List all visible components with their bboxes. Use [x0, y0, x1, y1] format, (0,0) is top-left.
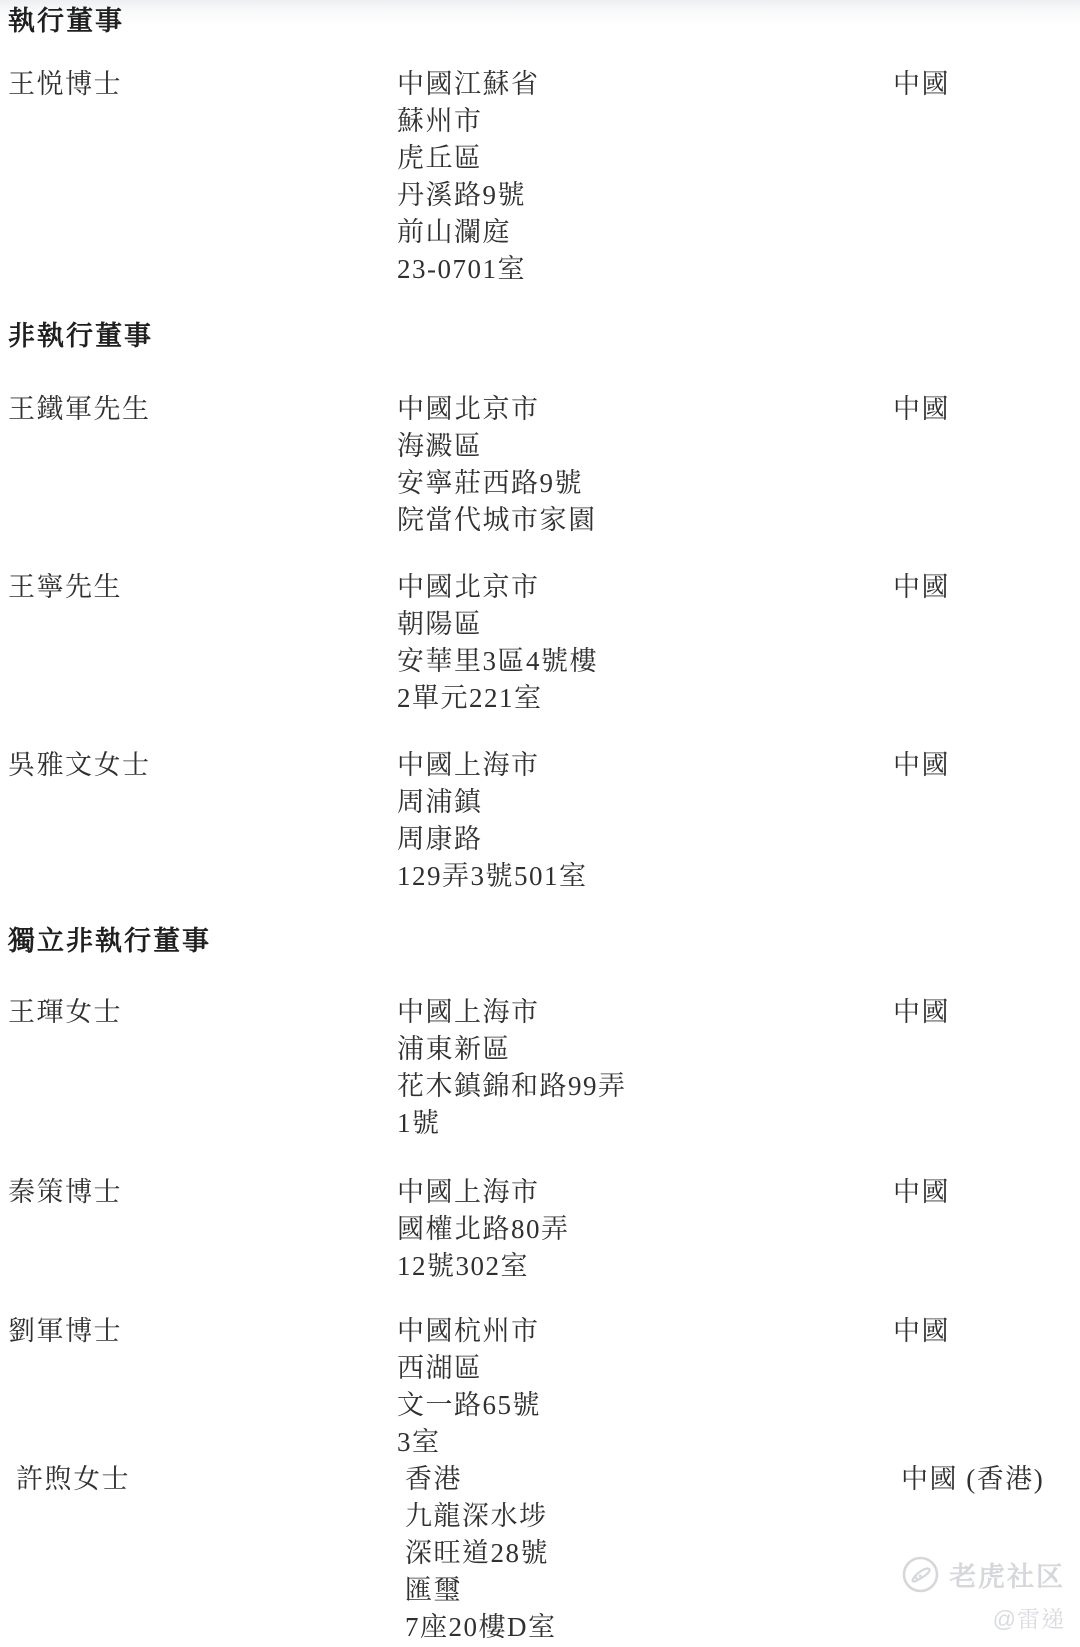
- address-line: 中國上海市: [397, 994, 893, 1031]
- director-row: 秦策博士 中國上海市國權北路80弄12號302室 中國: [8, 1174, 1080, 1285]
- address-line: 安華里3區4號樓: [397, 643, 893, 680]
- address-line: 中國江蘇省: [397, 66, 893, 103]
- address-line: 中國杭州市: [397, 1313, 893, 1350]
- address-line: 深旺道28號: [405, 1535, 901, 1572]
- address-line: 前山瀾庭: [397, 214, 893, 251]
- address-line: 香港: [405, 1461, 901, 1498]
- address-line: 文一路65號: [397, 1387, 893, 1424]
- address-line: 安寧莊西路9號: [397, 465, 893, 502]
- section-rows: 王鐵軍先生 中國北京市海澱區安寧莊西路9號院當代城市家園 中國 王寧先生 中國北…: [8, 391, 1080, 895]
- address-line: 虎丘區: [397, 140, 893, 177]
- address-line: 3室: [397, 1424, 893, 1461]
- watermark-brand-text: 老虎社区: [949, 1555, 1065, 1594]
- director-nationality: 中國: [893, 1313, 1080, 1461]
- document-page: 執行董事 王悦博士 中國江蘇省蘇州市虎丘區丹溪路9號前山瀾庭23-0701室 中…: [0, 0, 1080, 1647]
- director-address: 中國北京市朝陽區安華里3區4號樓2單元221室: [397, 569, 893, 717]
- address-line: 129弄3號501室: [397, 858, 893, 895]
- director-row: 王悦博士 中國江蘇省蘇州市虎丘區丹溪路9號前山瀾庭23-0701室 中國: [8, 66, 1080, 288]
- address-line: 中國上海市: [397, 1174, 893, 1211]
- address-line: 1號: [397, 1105, 893, 1142]
- director-nationality: 中國: [893, 569, 1080, 717]
- tiger-logo-icon: [902, 1556, 939, 1593]
- director-address: 中國江蘇省蘇州市虎丘區丹溪路9號前山瀾庭23-0701室: [397, 66, 893, 288]
- director-address: 中國杭州市西湖區文一路65號3室: [397, 1313, 893, 1461]
- address-line: 九龍深水埗: [405, 1498, 901, 1535]
- director-name: 秦策博士: [8, 1174, 397, 1285]
- address-line: 西湖區: [397, 1350, 893, 1387]
- watermark: 老虎社区 @雷递: [902, 1555, 1065, 1634]
- director-name: 許煦女士: [16, 1461, 405, 1646]
- address-line: 浦東新區: [397, 1031, 893, 1068]
- address-line: 中國北京市: [397, 391, 893, 428]
- watermark-brand-row: 老虎社区: [902, 1555, 1065, 1594]
- director-name: 吳雅文女士: [8, 747, 397, 895]
- director-nationality: 中國: [893, 391, 1080, 539]
- section-heading: 非執行董事: [8, 318, 1080, 355]
- address-line: 國權北路80弄: [397, 1211, 893, 1248]
- address-line: 海澱區: [397, 428, 893, 465]
- director-nationality: 中國: [893, 66, 1080, 288]
- director-section: 獨立非執行董事 王琿女士 中國上海市浦東新區花木鎮錦和路99弄1號 中國 秦策博…: [8, 923, 1080, 1646]
- address-line: 蘇州市: [397, 103, 893, 140]
- director-address: 中國上海市周浦鎮周康路129弄3號501室: [397, 747, 893, 895]
- section-heading: 執行董事: [8, 3, 1080, 40]
- address-line: 院當代城市家園: [397, 502, 893, 539]
- director-row: 吳雅文女士 中國上海市周浦鎮周康路129弄3號501室 中國: [8, 747, 1080, 895]
- address-line: 朝陽區: [397, 606, 893, 643]
- director-address: 中國上海市浦東新區花木鎮錦和路99弄1號: [397, 994, 893, 1142]
- director-name: 王悦博士: [8, 66, 397, 288]
- watermark-credit-text: @雷递: [993, 1601, 1065, 1634]
- address-line: 花木鎮錦和路99弄: [397, 1068, 893, 1105]
- director-nationality: 中國: [893, 747, 1080, 895]
- section-rows: 王琿女士 中國上海市浦東新區花木鎮錦和路99弄1號 中國 秦策博士 中國上海市國…: [8, 994, 1080, 1646]
- director-name: 劉軍博士: [8, 1313, 397, 1461]
- director-name: 王琿女士: [8, 994, 397, 1142]
- director-nationality: 中國: [893, 1174, 1080, 1285]
- director-nationality: 中國: [893, 994, 1080, 1142]
- address-line: 23-0701室: [397, 251, 893, 288]
- director-row: 王琿女士 中國上海市浦東新區花木鎮錦和路99弄1號 中國: [8, 994, 1080, 1142]
- address-line: 周康路: [397, 821, 893, 858]
- directors-list: 執行董事 王悦博士 中國江蘇省蘇州市虎丘區丹溪路9號前山瀾庭23-0701室 中…: [0, 0, 1080, 1646]
- director-address: 香港九龍深水埗深旺道28號匯璽7座20樓D室: [405, 1461, 901, 1646]
- director-row: 王鐵軍先生 中國北京市海澱區安寧莊西路9號院當代城市家園 中國: [8, 391, 1080, 539]
- address-line: 丹溪路9號: [397, 177, 893, 214]
- address-line: 匯璽: [405, 1572, 901, 1609]
- director-address: 中國上海市國權北路80弄12號302室: [397, 1174, 893, 1285]
- director-section: 非執行董事 王鐵軍先生 中國北京市海澱區安寧莊西路9號院當代城市家園 中國 王寧…: [8, 318, 1080, 895]
- director-row: 王寧先生 中國北京市朝陽區安華里3區4號樓2單元221室 中國: [8, 569, 1080, 717]
- address-line: 周浦鎮: [397, 784, 893, 821]
- director-name: 王鐵軍先生: [8, 391, 397, 539]
- address-line: 12號302室: [397, 1248, 893, 1285]
- directors-table: 執行董事 王悦博士 中國江蘇省蘇州市虎丘區丹溪路9號前山瀾庭23-0701室 中…: [8, 3, 1080, 1646]
- address-line: 中國北京市: [397, 569, 893, 606]
- address-line: 7座20樓D室: [405, 1609, 901, 1646]
- section-rows: 王悦博士 中國江蘇省蘇州市虎丘區丹溪路9號前山瀾庭23-0701室 中國: [8, 66, 1080, 288]
- director-section: 執行董事 王悦博士 中國江蘇省蘇州市虎丘區丹溪路9號前山瀾庭23-0701室 中…: [8, 3, 1080, 288]
- director-row: 劉軍博士 中國杭州市西湖區文一路65號3室 中國: [8, 1313, 1080, 1461]
- section-heading: 獨立非執行董事: [8, 923, 1080, 960]
- director-name: 王寧先生: [8, 569, 397, 717]
- address-line: 中國上海市: [397, 747, 893, 784]
- director-address: 中國北京市海澱區安寧莊西路9號院當代城市家園: [397, 391, 893, 539]
- address-line: 2單元221室: [397, 680, 893, 717]
